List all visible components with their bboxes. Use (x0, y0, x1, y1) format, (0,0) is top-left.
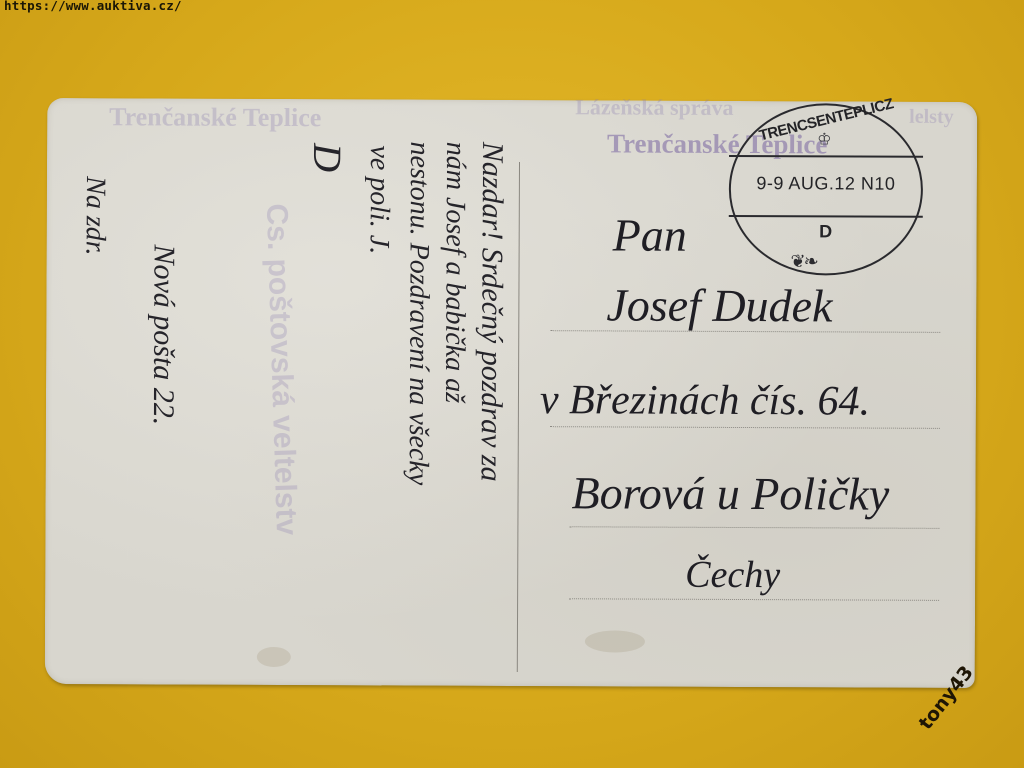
address-rule-3 (569, 526, 939, 529)
postmark-date: 9-9 AUG.12 N10 (731, 173, 921, 195)
message-col-2: nám Josef a babička až (438, 142, 471, 403)
left-note-1: Na zdr. (79, 176, 111, 256)
divider-line (517, 162, 520, 672)
vertical-faint-stamp: Cs. poštovská veltelstv (259, 203, 303, 536)
ornament-icon: ❦❧ (791, 251, 817, 272)
address-line-3: v Březinách čís. 64. (540, 376, 870, 425)
message-col-4: ve poli. J. (363, 145, 395, 254)
stain (585, 630, 645, 652)
address-line-5: Čechy (685, 553, 780, 597)
crown-icon: ♔ (817, 129, 831, 148)
message-col-5: D (304, 143, 351, 172)
left-note-2: Nová pošta 22. (146, 244, 181, 425)
address-line-2: Josef Dudek (606, 278, 832, 332)
postmark: TRENCSENTEPLICZ ♔ 9-9 AUG.12 N10 D ❦❧ (729, 103, 924, 276)
address-line-1: Pan (613, 208, 687, 261)
stain (257, 647, 291, 667)
spa-stamp-suffix: lelsty (909, 106, 954, 129)
postcard: Trenčanské Teplice Lázeňská správa lelst… (45, 98, 978, 688)
postmark-letter: D (731, 221, 921, 243)
faint-spa-stamp: Trenčanské Teplice (109, 102, 321, 133)
message-col-1: Nazdar! Srdečný pozdrav za (474, 142, 509, 482)
address-line-4: Borová u Poličky (571, 466, 889, 520)
spa-stamp-line1: Lázeňská správa (575, 94, 733, 121)
address-rule-2 (550, 426, 940, 429)
address-rule-4 (569, 598, 939, 601)
message-col-3: nestonu. Pozdravení na všecky (402, 142, 435, 486)
url-watermark: https://www.auktiva.cz/ (4, 0, 182, 13)
